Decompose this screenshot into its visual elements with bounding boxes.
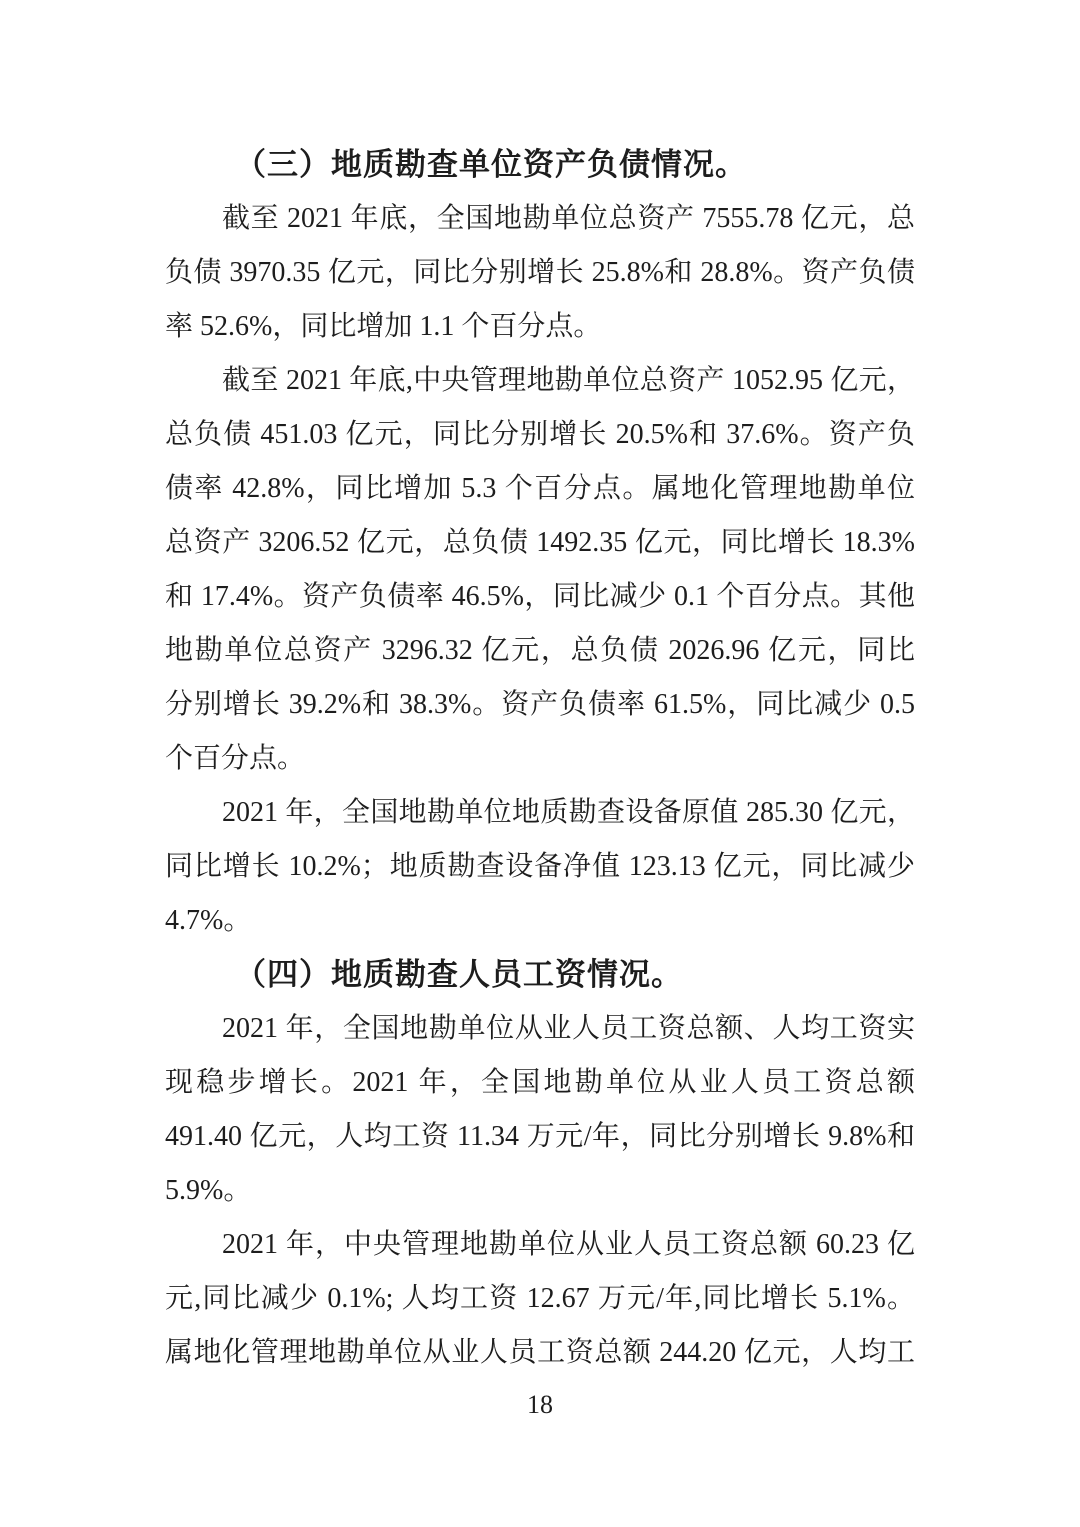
text-line: 地勘单位总资产 3296.32 亿元，总负债 2026.96 亿元，同比 bbox=[165, 624, 915, 678]
text-line: 总资产 3206.52 亿元，总负债 1492.35 亿元，同比增长 18.3% bbox=[165, 516, 915, 570]
document-body: （三）地质勘查单位资产负债情况。截至 2021 年底，全国地勘单位总资产 755… bbox=[165, 138, 915, 1380]
text-line: 2021 年，中央管理地勘单位从业人员工资总额 60.23 亿 bbox=[165, 1218, 915, 1272]
text-line: 属地化管理地勘单位从业人员工资总额 244.20 亿元，人均工 bbox=[165, 1326, 915, 1380]
text-line: 分别增长 39.2%和 38.3%。资产负债率 61.5%，同比减少 0.5 bbox=[165, 678, 915, 732]
text-line: 债率 42.8%，同比增加 5.3 个百分点。属地化管理地勘单位 bbox=[165, 462, 915, 516]
text-line: 4.7%。 bbox=[165, 894, 915, 948]
text-line: 个百分点。 bbox=[165, 732, 915, 786]
text-line: 491.40 亿元，人均工资 11.34 万元/年，同比分别增长 9.8%和 bbox=[165, 1110, 915, 1164]
text-line: 截至 2021 年底,中央管理地勘单位总资产 1052.95 亿元， bbox=[165, 354, 915, 408]
text-line: 同比增长 10.2%；地质勘查设备净值 123.13 亿元，同比减少 bbox=[165, 840, 915, 894]
text-line: 截至 2021 年底，全国地勘单位总资产 7555.78 亿元，总 bbox=[165, 192, 915, 246]
document-page: （三）地质勘查单位资产负债情况。截至 2021 年底，全国地勘单位总资产 755… bbox=[0, 0, 1080, 1527]
text-line: 元,同比减少 0.1%; 人均工资 12.67 万元/年,同比增长 5.1%。 bbox=[165, 1272, 915, 1326]
text-line: 总负债 451.03 亿元，同比分别增长 20.5%和 37.6%。资产负 bbox=[165, 408, 915, 462]
section-heading: （四）地质勘查人员工资情况。 bbox=[165, 948, 915, 1002]
text-line: 负债 3970.35 亿元，同比分别增长 25.8%和 28.8%。资产负债 bbox=[165, 246, 915, 300]
page-number: 18 bbox=[0, 1390, 1080, 1420]
text-line: 5.9%。 bbox=[165, 1164, 915, 1218]
section-heading: （三）地质勘查单位资产负债情况。 bbox=[165, 138, 915, 192]
text-line: 现稳步增长。2021 年，全国地勘单位从业人员工资总额 bbox=[165, 1056, 915, 1110]
text-line: 率 52.6%，同比增加 1.1 个百分点。 bbox=[165, 300, 915, 354]
text-line: 2021 年，全国地勘单位从业人员工资总额、人均工资实 bbox=[165, 1002, 915, 1056]
text-line: 和 17.4%。资产负债率 46.5%，同比减少 0.1 个百分点。其他 bbox=[165, 570, 915, 624]
text-line: 2021 年，全国地勘单位地质勘查设备原值 285.30 亿元， bbox=[165, 786, 915, 840]
